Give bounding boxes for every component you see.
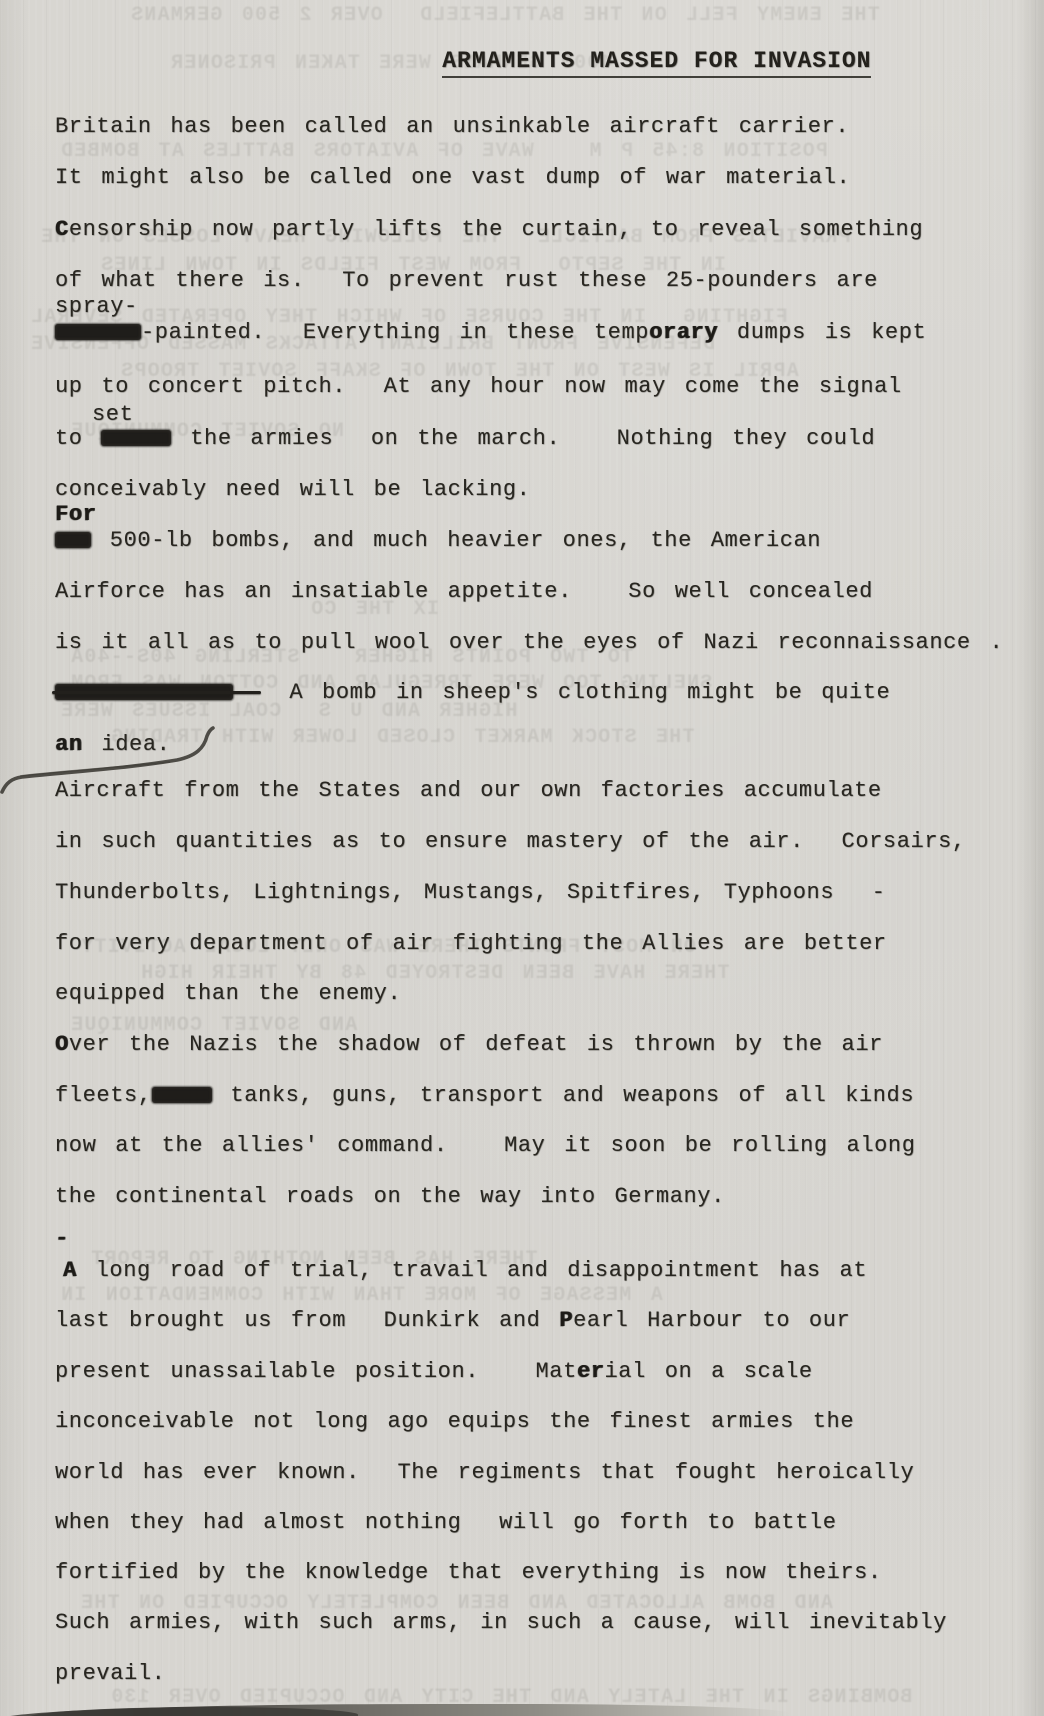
text-segment: for very department of air fighting the … bbox=[55, 931, 887, 956]
text-line: Over the Nazis the shadow of defeat is t… bbox=[55, 1030, 883, 1060]
text-segment: up to concert pitch. At any hour now may… bbox=[55, 374, 902, 399]
bleedthrough-text-line: A MESSAGE OF MORE THAN WITH COMMENDATION… bbox=[60, 1284, 663, 1307]
text-line: Censorship now partly lifts the curtain,… bbox=[55, 215, 923, 245]
text-segment: of what there is. To prevent rust these … bbox=[55, 268, 878, 293]
text-line: Such armies, with such arms, in such a c… bbox=[55, 1608, 947, 1638]
overtyped-redaction bbox=[55, 532, 91, 548]
overtyped-redaction bbox=[55, 684, 233, 700]
text-line: conceivably need will be lacking. bbox=[55, 475, 530, 505]
text-segment: world has ever known. The regiments that… bbox=[55, 1460, 914, 1485]
overtyped-text-segment: A bbox=[63, 1258, 77, 1283]
text-segment: the continental roads on the way into Ge… bbox=[55, 1184, 725, 1209]
overtyped-redaction bbox=[152, 1087, 212, 1103]
overtyped-redaction bbox=[55, 324, 141, 340]
text-line: world has ever known. The regiments that… bbox=[55, 1458, 914, 1488]
text-line: for very department of air fighting the … bbox=[55, 929, 887, 959]
text-segment: It might also be called one vast dump of… bbox=[55, 165, 850, 190]
text-segment: last brought us from Dunkirk and bbox=[55, 1308, 559, 1333]
text-line: A bomb in sheep's clothing might be quit… bbox=[55, 678, 890, 708]
text-line: It might also be called one vast dump of… bbox=[55, 163, 850, 193]
text-segment: Britain has been called an unsinkable ai… bbox=[55, 114, 849, 139]
text-line: the continental roads on the way into Ge… bbox=[55, 1182, 725, 1212]
text-segment: ver the Nazis the shadow of defeat is th… bbox=[69, 1032, 883, 1057]
text-line: present unassailable position. Material … bbox=[55, 1357, 813, 1387]
text-segment: Thunderbolts, Lightnings, Mustangs, Spit… bbox=[55, 880, 886, 905]
text-line: A long road of trial, travail and disapp… bbox=[63, 1256, 867, 1286]
text-segment: conceivably need will be lacking. bbox=[55, 477, 530, 502]
text-line: Airforce has an insatiable appetite. So … bbox=[55, 577, 873, 607]
text-line: inconceivable not long ago equips the fi… bbox=[55, 1407, 854, 1437]
text-segment: 500-lb bombs, and much heavier ones, the… bbox=[91, 528, 821, 553]
text-segment: A bomb in sheep's clothing might be quit… bbox=[233, 680, 890, 705]
typewritten-page: THE ENEMY FELL ON THE BATTLEFIELD OVER 2… bbox=[0, 0, 1044, 1716]
text-line: equipped than the enemy. bbox=[55, 979, 401, 1009]
text-line: -painted. Everything in these temporary … bbox=[55, 318, 926, 348]
pen-stroke-annotation bbox=[0, 726, 230, 796]
overtyped-text-segment: er bbox=[577, 1359, 605, 1384]
torn-paper-edge-dark-blob bbox=[28, 1707, 358, 1716]
overtyped-text-segment: For bbox=[55, 502, 96, 527]
text-line: is it all as to pull wool over the eyes … bbox=[55, 628, 1003, 658]
text-line: - bbox=[55, 1224, 69, 1254]
text-segment: tanks, guns, transport and weapons of al… bbox=[212, 1083, 915, 1108]
text-segment: spray- bbox=[55, 294, 138, 319]
overtyped-text-segment: C bbox=[55, 217, 69, 242]
text-line: fortified by the knowledge that everythi… bbox=[55, 1558, 882, 1588]
text-segment: fleets, bbox=[55, 1083, 152, 1108]
text-line: when they had almost nothing will go for… bbox=[55, 1508, 837, 1538]
text-line: 500-lb bombs, and much heavier ones, the… bbox=[55, 526, 821, 556]
text-line: to the armies on the march. Nothing they… bbox=[55, 424, 875, 454]
document-title: ARMAMENTS MASSED FOR INVASION bbox=[383, 22, 871, 100]
text-segment: to bbox=[55, 426, 101, 451]
bleedthrough-text-line: POSITION 8:45 P M WAVE OF AVIATORS BATTL… bbox=[60, 140, 828, 163]
text-segment: Such armies, with such arms, in such a c… bbox=[55, 1610, 947, 1635]
text-segment: long road of trial, travail and disappoi… bbox=[77, 1258, 867, 1283]
text-line: last brought us from Dunkirk and Pearl H… bbox=[55, 1306, 850, 1336]
text-line: prevail. bbox=[55, 1659, 165, 1689]
overtyped-text-segment: orary bbox=[649, 320, 718, 345]
text-line: in such quantities as to ensure mastery … bbox=[55, 827, 966, 857]
text-segment: when they had almost nothing will go for… bbox=[55, 1510, 837, 1535]
text-segment: dumps is kept bbox=[718, 320, 926, 345]
text-segment: equipped than the enemy. bbox=[55, 981, 401, 1006]
text-segment: ensorship now partly lifts the curtain, … bbox=[69, 217, 923, 242]
text-line: Thunderbolts, Lightnings, Mustangs, Spit… bbox=[55, 878, 886, 908]
text-segment: now at the allies' command. May it soon … bbox=[55, 1133, 916, 1158]
text-segment: fortified by the knowledge that everythi… bbox=[55, 1560, 882, 1585]
document-title-text: ARMAMENTS MASSED FOR INVASION bbox=[442, 48, 871, 78]
text-line: fleets, tanks, guns, transport and weapo… bbox=[55, 1081, 914, 1111]
text-line: up to concert pitch. At any hour now may… bbox=[55, 372, 902, 402]
text-segment: inconceivable not long ago equips the fi… bbox=[55, 1409, 854, 1434]
text-line: Britain has been called an unsinkable ai… bbox=[55, 112, 849, 142]
text-segment: in such quantities as to ensure mastery … bbox=[55, 829, 966, 854]
overtyped-text-segment: O bbox=[55, 1032, 69, 1057]
text-segment: ial on a scale bbox=[605, 1359, 813, 1384]
text-segment: earl Harbour to our bbox=[573, 1308, 850, 1333]
text-segment: is it all as to pull wool over the eyes … bbox=[55, 630, 1003, 655]
text-segment: the armies on the march. Nothing they co… bbox=[171, 426, 875, 451]
text-segment: present unassailable position. Mat bbox=[55, 1359, 577, 1384]
overtyped-text-segment: - bbox=[55, 1226, 69, 1251]
text-segment: -painted. Everything in these temp bbox=[141, 320, 649, 345]
text-segment: prevail. bbox=[55, 1661, 165, 1686]
overtyped-redaction bbox=[101, 430, 171, 446]
overtyped-text-segment: P bbox=[559, 1308, 573, 1333]
text-line: of what there is. To prevent rust these … bbox=[55, 266, 878, 296]
text-segment: Airforce has an insatiable appetite. So … bbox=[55, 579, 873, 604]
text-line: now at the allies' command. May it soon … bbox=[55, 1131, 916, 1161]
